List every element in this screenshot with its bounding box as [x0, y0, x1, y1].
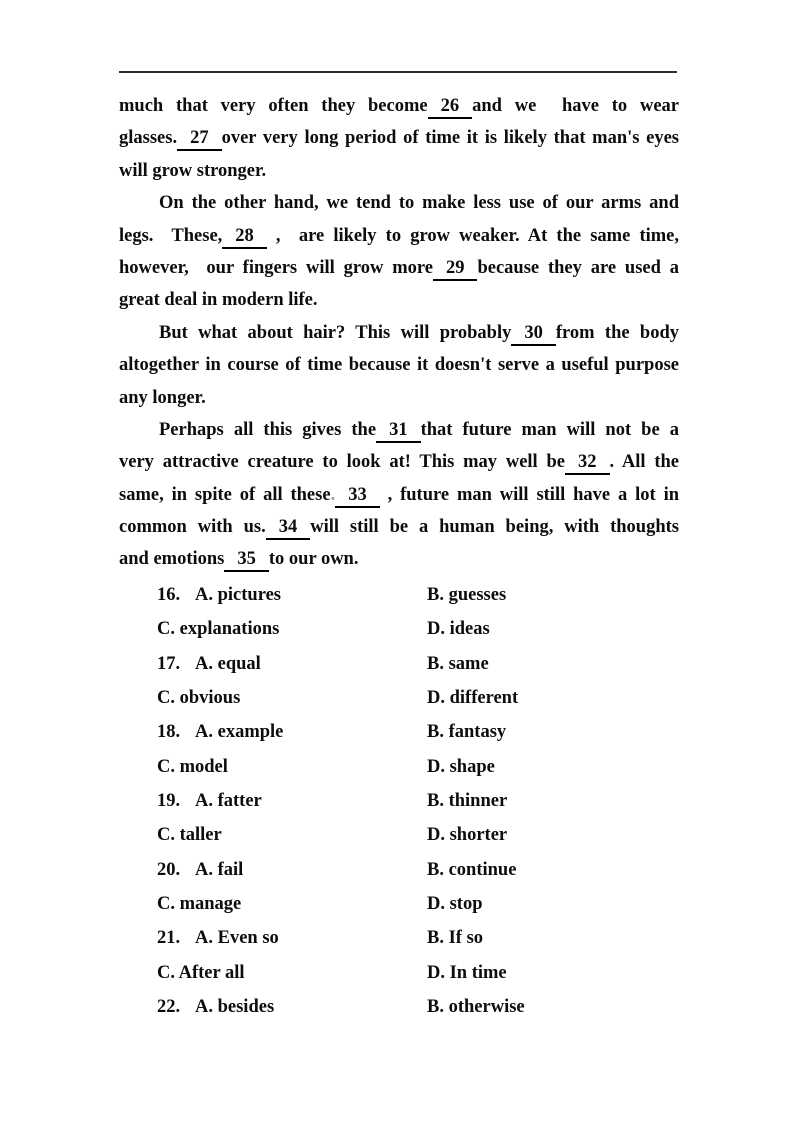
question-22-option-a: A. besides: [195, 997, 274, 1017]
passage-line: very attractive creature to look at! Thi…: [119, 446, 679, 478]
passage-text: over very long period of time it is like…: [222, 128, 679, 148]
question-19-option-d: D. shorter: [427, 825, 507, 845]
passage-text: . All the: [610, 452, 680, 472]
passage-text: altogether in course of time because it …: [119, 355, 679, 375]
question-22-option-b: B. otherwise: [427, 997, 525, 1017]
question-21-number: 21.: [157, 921, 195, 955]
question-19-option-b: B. thinner: [427, 791, 507, 811]
question-18-option-d: D. shape: [427, 757, 495, 777]
passage-text: to our own.: [269, 549, 359, 569]
passage-paragraph-3: But what about hair? This will probably3…: [119, 317, 679, 414]
question-22-row-ab: 22.A. besidesB. otherwise: [119, 990, 679, 1024]
question-21-option-b: B. If so: [427, 928, 483, 948]
passage-text: and emotions: [119, 549, 224, 569]
question-19-row-ab: 19.A. fatterB. thinner: [119, 784, 679, 818]
cloze-blank-31: 31: [376, 420, 421, 443]
passage-text: great deal in modern life.: [119, 290, 318, 310]
passage-line: legs. These,28 , are likely to grow weak…: [119, 220, 679, 252]
passage-text: , are likely to grow weaker. At the same…: [267, 226, 679, 246]
question-17-row-cd: C. obviousD. different: [119, 681, 679, 715]
passage-paragraph-1: much that very often they become26and we…: [119, 90, 679, 187]
passage-line: common with us.34will still be a human b…: [119, 511, 679, 543]
question-17-option-b: B. same: [427, 654, 489, 674]
cloze-blank-30: 30: [511, 323, 556, 346]
passage-text: because they are used a: [477, 258, 679, 278]
question-21-row-ab: 21.A. Even soB. If so: [119, 921, 679, 955]
question-16-option-d: D. ideas: [427, 619, 490, 639]
question-21-row-cd: C. After allD. In time: [119, 956, 679, 990]
cloze-blank-32: 32: [565, 452, 610, 475]
passage-text: , future man will still have a lot in: [380, 485, 679, 505]
passage-line: and emotions35to our own.: [119, 543, 679, 575]
question-19-row-cd: C. tallerD. shorter: [119, 818, 679, 852]
question-17-option-d: D. different: [427, 688, 518, 708]
question-20-number: 20.: [157, 853, 195, 887]
passage-text: will still be a human being, with though…: [310, 517, 679, 537]
options-list: 16.A. picturesB. guessesC. explanationsD…: [119, 576, 679, 1024]
question-20-option-a: A. fail: [195, 860, 243, 880]
cloze-blank-26: 26: [428, 96, 473, 119]
cloze-blank-27: 27: [177, 128, 222, 151]
cloze-blank-29: 29: [433, 258, 478, 281]
passage-text: any longer.: [119, 388, 206, 408]
passage-text: from the body: [556, 323, 679, 343]
question-16-option-b: B. guesses: [427, 585, 506, 605]
question-17-row-ab: 17.A. equalB. same: [119, 647, 679, 681]
passage-text: On the other hand, we tend to make less …: [159, 193, 679, 213]
question-21-option-d: D. In time: [427, 963, 507, 983]
cloze-blank-34: 34: [266, 517, 311, 540]
question-17-option-a: A. equal: [195, 654, 261, 674]
question-19-option-a: A. fatter: [195, 791, 262, 811]
passage-text: glasses.: [119, 128, 177, 148]
passage-line: altogether in course of time because it …: [119, 349, 679, 381]
passage-line: any longer.: [119, 382, 679, 414]
question-20-option-b: B. continue: [427, 860, 516, 880]
question-22-number: 22.: [157, 990, 195, 1024]
passage-text: Perhaps all this gives the: [159, 420, 376, 440]
question-17-option-c: C. obvious: [157, 688, 240, 708]
passage-line: great deal in modern life.: [119, 284, 679, 316]
passage-line: On the other hand, we tend to make less …: [119, 187, 679, 219]
question-18-row-ab: 18.A. exampleB. fantasy: [119, 715, 679, 749]
question-16-row-ab: 16.A. picturesB. guesses: [119, 578, 679, 612]
passage-line: But what about hair? This will probably3…: [119, 317, 679, 349]
question-19-number: 19.: [157, 784, 195, 818]
question-21-option-a: A. Even so: [195, 928, 279, 948]
passage-paragraph-2: On the other hand, we tend to make less …: [119, 187, 679, 317]
cloze-blank-35: 35: [224, 549, 269, 572]
passage-text: legs. These,: [119, 226, 222, 246]
question-19-option-c: C. taller: [157, 825, 222, 845]
passage-text: very attractive creature to look at! Thi…: [119, 452, 565, 472]
passage-line: Perhaps all this gives the31that future …: [119, 414, 679, 446]
question-18-option-a: A. example: [195, 722, 283, 742]
page-top-rule: [119, 71, 677, 73]
question-16-option-c: C. explanations: [157, 619, 279, 639]
passage-line: much that very often they become26and we…: [119, 90, 679, 122]
passage-line: will grow stronger.: [119, 155, 679, 187]
question-16-row-cd: C. explanationsD. ideas: [119, 612, 679, 646]
question-20-row-cd: C. manageD. stop: [119, 887, 679, 921]
question-16-number: 16.: [157, 578, 195, 612]
question-20-option-c: C. manage: [157, 894, 241, 914]
question-18-row-cd: C. modelD. shape: [119, 750, 679, 784]
passage-text: much that very often they become: [119, 96, 428, 116]
question-18-option-c: C. model: [157, 757, 228, 777]
passage-line: same, in spite of all these.33 , future …: [119, 479, 679, 511]
passage-text: common with us.: [119, 517, 266, 537]
question-18-option-b: B. fantasy: [427, 722, 506, 742]
passage-paragraph-4: Perhaps all this gives the31that future …: [119, 414, 679, 576]
passage-text: will grow stronger.: [119, 161, 266, 181]
question-17-number: 17.: [157, 647, 195, 681]
question-16-option-a: A. pictures: [195, 585, 281, 605]
passage-text: however, our fingers will grow more: [119, 258, 433, 278]
question-21-option-c: C. After all: [157, 963, 245, 983]
question-20-row-ab: 20.A. failB. continue: [119, 853, 679, 887]
cloze-blank-28: 28: [222, 226, 267, 249]
question-20-option-d: D. stop: [427, 894, 483, 914]
document-content: much that very often they become26and we…: [119, 90, 679, 1024]
passage-text: that future man will not be a: [421, 420, 679, 440]
passage-text: same, in spite of all these: [119, 485, 331, 505]
passage-text: But what about hair? This will probably: [159, 323, 511, 343]
passage-line: however, our fingers will grow more29bec…: [119, 252, 679, 284]
question-18-number: 18.: [157, 715, 195, 749]
cloze-passage: much that very often they become26and we…: [119, 90, 679, 576]
cloze-blank-33: 33: [335, 485, 380, 508]
passage-line: glasses.27over very long period of time …: [119, 122, 679, 154]
passage-text: and we have to wear: [472, 96, 679, 116]
